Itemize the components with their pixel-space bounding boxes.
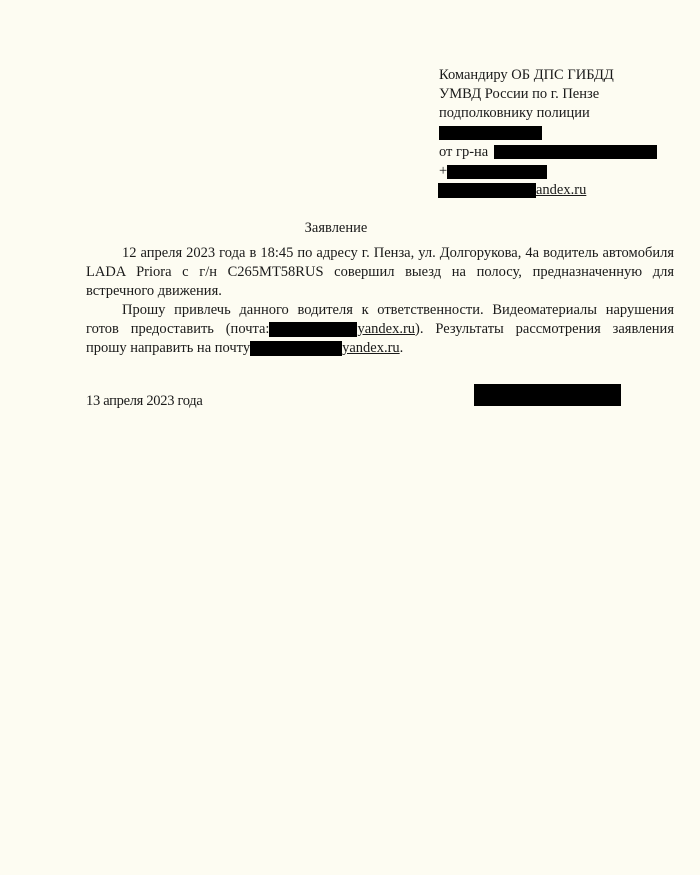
addressee-line-1: Командиру ОБ ДПС ГИБДД: [439, 66, 657, 85]
redacted-signature: [474, 384, 621, 406]
redacted-officer-name: [439, 126, 542, 140]
phone-line: +: [439, 162, 657, 181]
redacted-email-1: [269, 322, 357, 337]
redacted-phone: [447, 165, 547, 179]
addressee-line-3: подполковнику полиции: [439, 104, 657, 123]
request-text-end: .: [400, 340, 404, 356]
email1-suffix: yandex.ru: [357, 321, 415, 337]
document-body: 12 апреля 2023 года в 18:45 по адресу г.…: [86, 244, 674, 358]
phone-prefix: +: [439, 163, 447, 179]
from-line: от гр-на: [439, 143, 657, 162]
addressee-line-2: УМВД России по г. Пензе: [439, 85, 657, 104]
paragraph-incident: 12 апреля 2023 года в 18:45 по адресу г.…: [86, 244, 674, 301]
from-label: от гр-на: [439, 144, 488, 160]
email-suffix: andex.ru: [536, 182, 586, 198]
paragraph-request: Прошу привлечь данного водителя к ответс…: [86, 301, 674, 358]
addressee-block: Командиру ОБ ДПС ГИБДД УМВД России по г.…: [439, 66, 657, 200]
redacted-sender-name: [494, 145, 657, 159]
email2-suffix: yandex.ru: [342, 340, 400, 356]
addressee-name-line: [439, 124, 657, 143]
email-line: andex.ru: [439, 181, 657, 200]
document-date: 13 апреля 2023 года: [86, 393, 203, 410]
title-text: Заявление: [305, 220, 368, 236]
redacted-email: [438, 183, 536, 198]
document-title: Заявление: [0, 220, 680, 237]
redacted-email-2: [250, 341, 342, 356]
document-page: Командиру ОБ ДПС ГИБДД УМВД России по г.…: [0, 0, 700, 875]
